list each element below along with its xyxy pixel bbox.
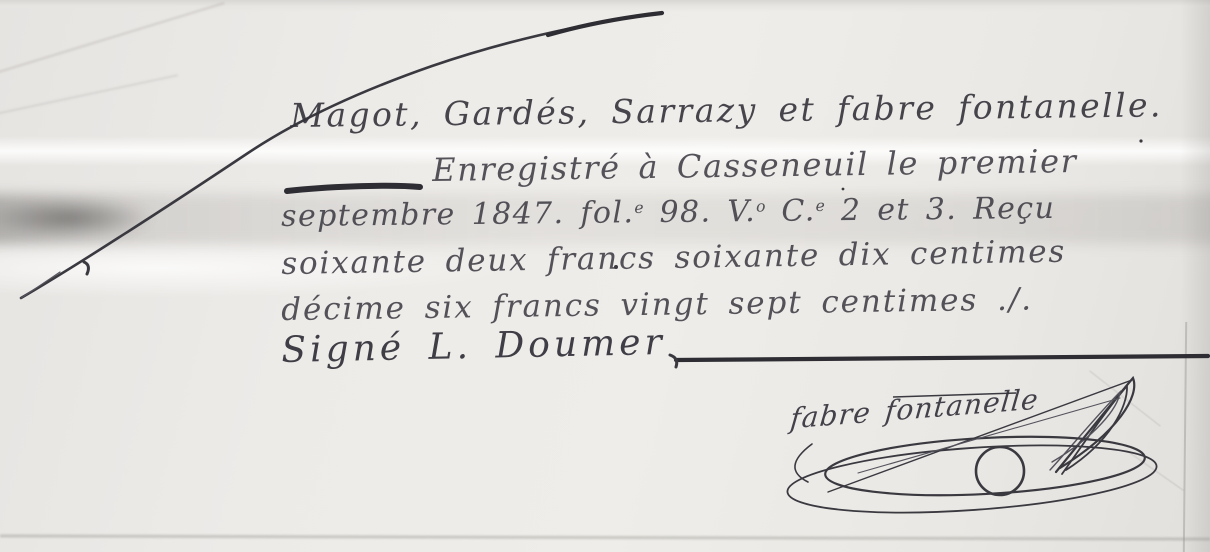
ink-speck <box>1139 139 1142 142</box>
comma-mark <box>84 262 88 274</box>
ink-speck <box>842 188 845 191</box>
line-date-folio-part: 2 et 3. Reçu <box>825 191 1056 228</box>
em-dash-stroke <box>287 186 420 191</box>
flourish-entry-stroke <box>795 444 812 482</box>
handwritten-line-signed-by: Signé L. Doumer <box>281 322 666 371</box>
flourish-loop <box>824 430 1146 503</box>
curved-pen-stroke-head <box>548 13 662 35</box>
line-date-folio-part: 98. V. <box>643 194 756 230</box>
scanned-document: Magot, Gardés, Sarrazy et fabre fontanel… <box>0 0 1210 552</box>
ink-rule <box>676 356 1208 360</box>
line-date-folio-part: C. <box>765 193 816 229</box>
curved-pen-stroke-tail <box>21 272 60 298</box>
flourish-circle <box>976 447 1024 495</box>
superscript: e <box>816 197 825 215</box>
line-date-folio-part: septembre 1847. fol. <box>281 195 635 234</box>
rule-comma-mark <box>670 355 677 367</box>
